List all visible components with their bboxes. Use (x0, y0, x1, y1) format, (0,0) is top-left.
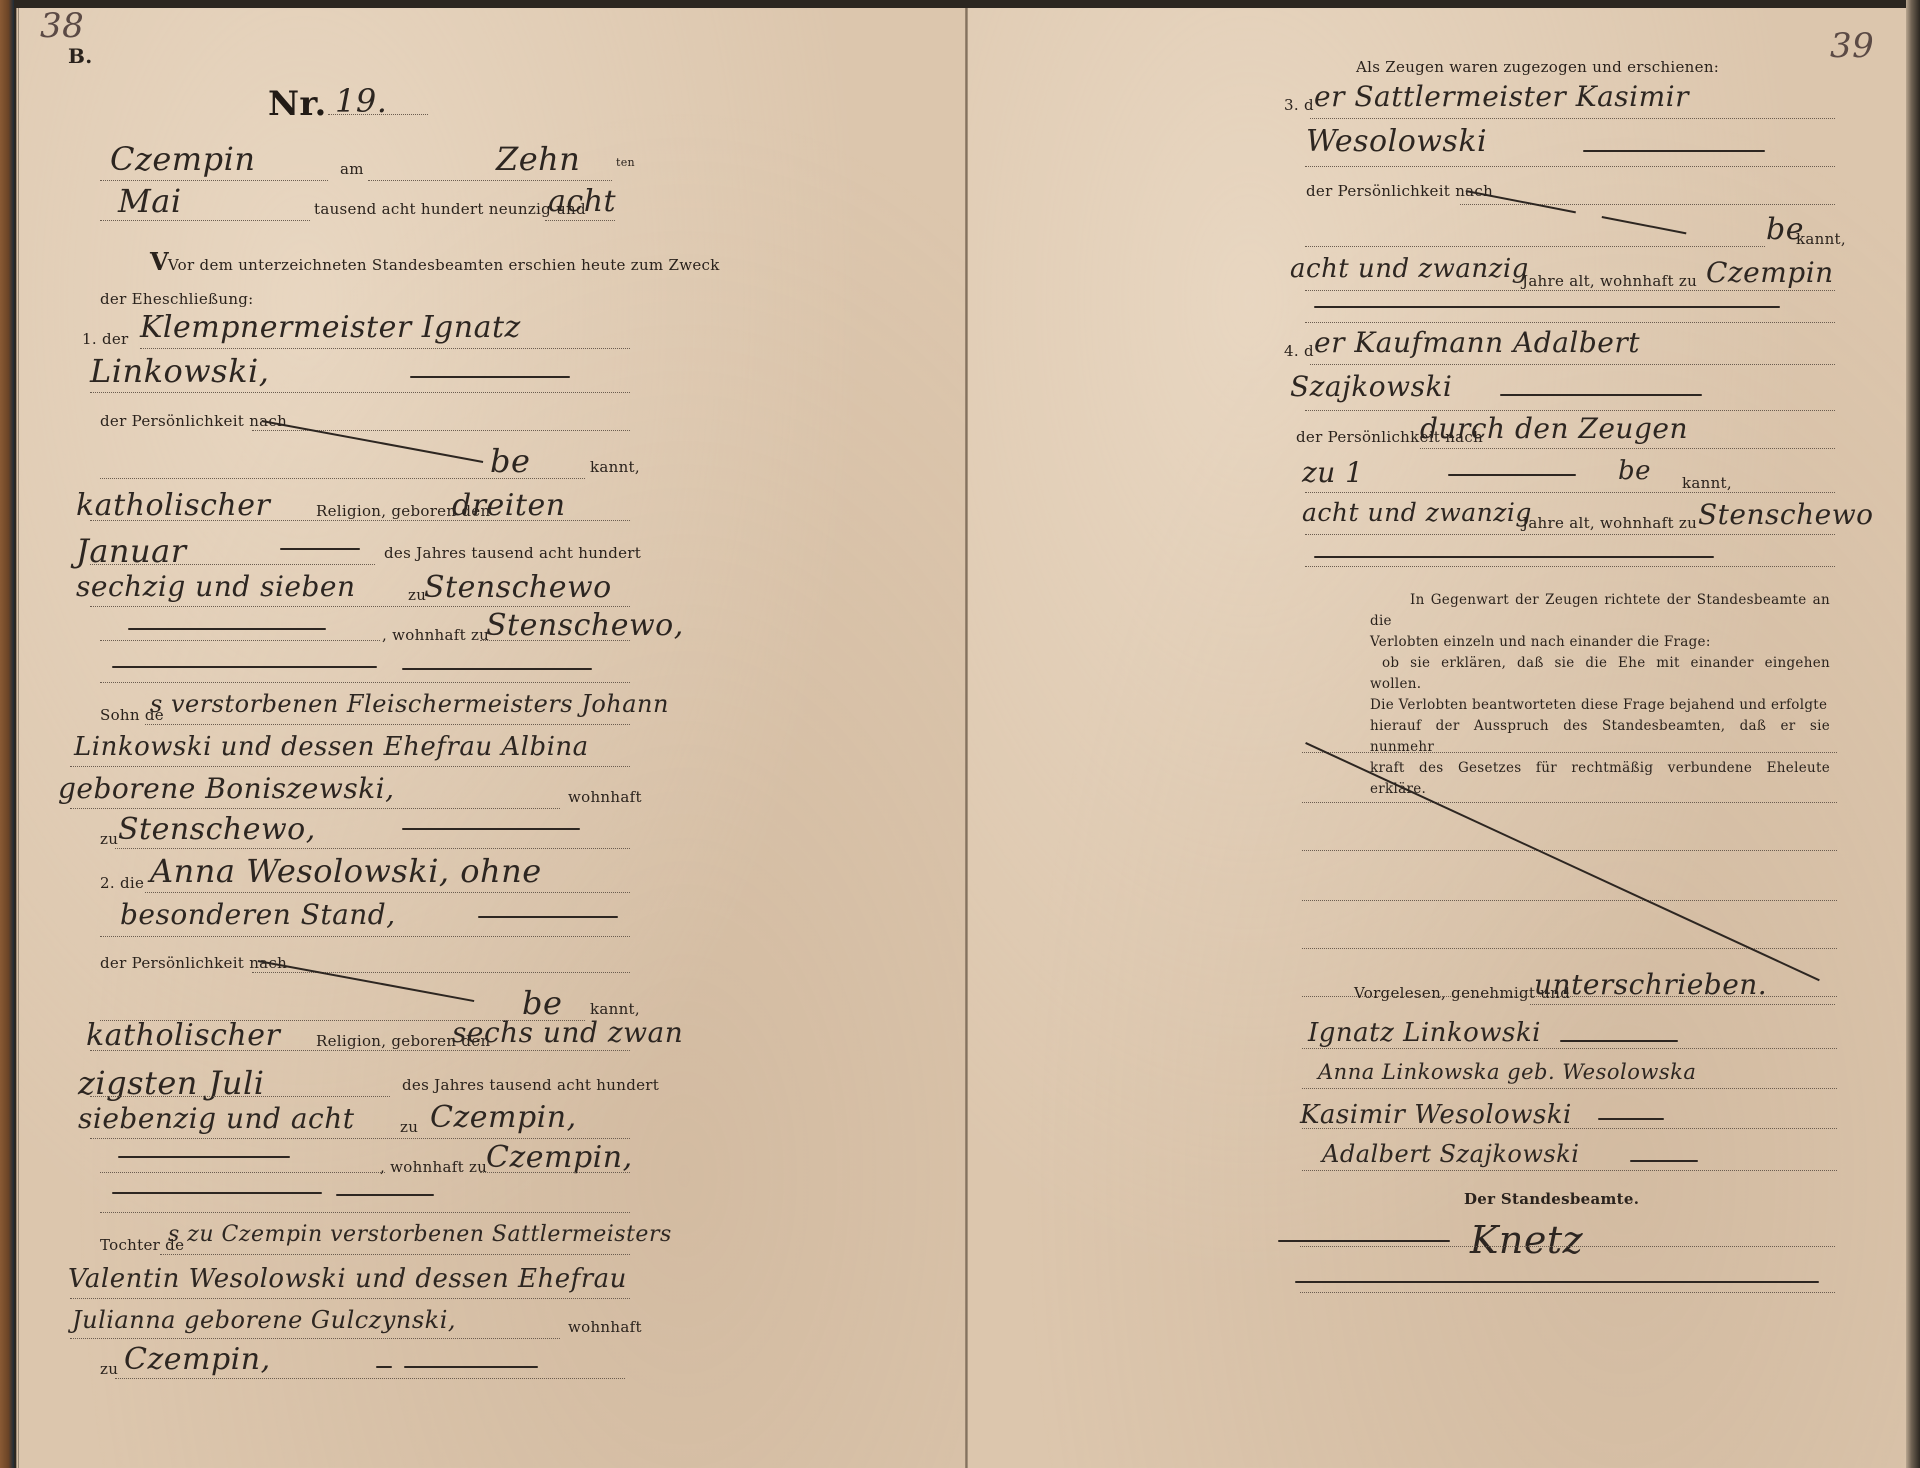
groom-religion: katholischer (76, 488, 270, 523)
filler-dash (1583, 150, 1765, 152)
groom-residence: Stenschewo, (486, 608, 684, 643)
groom-parents-line2: Linkowski und dessen Ehefrau Albina (74, 732, 589, 762)
declaration-paragraph: In Gegenwart der Zeugen richtete der Sta… (1370, 590, 1830, 800)
dotted-line (100, 640, 380, 641)
dotted-line (1420, 448, 1835, 449)
intro-text: VVor dem unterzeichneten Standesbeamten … (150, 247, 720, 276)
filler-dash (478, 916, 618, 918)
witness4-occupation-name: er Kaufmann Adalbert (1314, 326, 1640, 359)
groom-birth-year: sechzig und sieben (76, 570, 356, 603)
groom-num-label: 1. der (82, 330, 129, 348)
bride-parents-line2: Valentin Wesolowski und dessen Ehefrau (68, 1264, 627, 1294)
dotted-line (1305, 566, 1835, 567)
dotted-line (70, 1338, 560, 1339)
bride-religion: katholischer (86, 1018, 280, 1053)
dotted-line (1305, 322, 1835, 323)
groom-des-jahres: des Jahres tausend acht hundert (384, 544, 641, 562)
bride-birth-place: Czempin, (430, 1100, 577, 1135)
dotted-line (1305, 166, 1835, 167)
filler-dash (280, 548, 360, 550)
dotted-line (1302, 1048, 1837, 1049)
filler-dash (118, 1156, 290, 1158)
groom-parents-line3: geborene Boniszewski, (58, 772, 395, 805)
filler-dash (1314, 556, 1714, 558)
dotted-line (1305, 534, 1835, 535)
dotted-line (90, 1050, 630, 1051)
bride-parents-line3: Julianna geborene Gulczynski, (72, 1306, 456, 1334)
bride-birth-year: siebenzig und acht (78, 1102, 355, 1135)
dotted-line (115, 848, 630, 849)
filler-dash (336, 1194, 434, 1196)
declaration-line: Die Verlobten beantworteten diese Frage … (1370, 695, 1830, 716)
book-binding-left (0, 0, 14, 1468)
filler-dash (128, 628, 326, 630)
bride-residence: Czempin, (486, 1140, 633, 1175)
witness4-residence: Stenschewo (1698, 498, 1874, 531)
dotted-line (1300, 1292, 1835, 1293)
filler-dash (1630, 1160, 1698, 1162)
groom-zu-label-2: zu (100, 830, 118, 848)
filler-dash (410, 376, 570, 378)
bride-zu-label: zu (400, 1118, 418, 1136)
section-letter: B. (68, 44, 92, 68)
dotted-line (1302, 1128, 1837, 1129)
page-number-left: 38 (40, 6, 84, 46)
witness-heading: Als Zeugen waren zugezogen und erschiene… (1356, 58, 1719, 76)
groom-occupation-name: Klempnermeister Ignatz (140, 310, 521, 345)
dotted-line (90, 520, 630, 521)
registrar-label: Der Standesbeamte. (1464, 1190, 1639, 1208)
day-field: Zehn (496, 140, 580, 178)
dotted-line (115, 1378, 625, 1379)
groom-wohnhaft-label: , wohnhaft zu (382, 626, 489, 644)
witness4-age: acht und zwanzig (1302, 498, 1532, 527)
drop-cap: V (150, 247, 169, 276)
witness4-age-label: Jahre alt, wohnhaft zu (1522, 514, 1697, 532)
bride-parents-line1: s zu Czempin verstorbenen Sattlermeister… (168, 1222, 672, 1247)
dotted-line (100, 220, 310, 221)
declaration-line: kraft des Gesetzes für rechtmäßig verbun… (1370, 758, 1830, 800)
witness4-identified-by-line1: durch den Zeugen (1420, 412, 1688, 445)
dotted-line (90, 564, 375, 565)
bride-status: besonderen Stand, (120, 898, 396, 931)
groom-persoenlichkeit-label: der Persönlichkeit nach (100, 412, 287, 430)
signature-witness3: Kasimir Wesolowski (1300, 1100, 1572, 1130)
filler-dash (404, 1366, 538, 1368)
register-book: 38 B. Nr. 19. Czempin am Zehn ten Mai ta… (0, 0, 1920, 1468)
signature-bride: Anna Linkowska geb. Wesolowska (1318, 1060, 1696, 1084)
groom-wohnhaft-label-2: wohnhaft (568, 788, 642, 806)
bride-wohnhaft-label-2: wohnhaft (568, 1318, 642, 1336)
book-edge-right (1906, 0, 1920, 1468)
dotted-line (545, 220, 615, 221)
filler-dash (112, 666, 377, 668)
dotted-line (1305, 290, 1835, 291)
filler-dash (1598, 1118, 1664, 1120)
dotted-line (90, 1096, 390, 1097)
groom-parents-line1: s verstorbenen Fleischermeisters Johann (150, 690, 669, 718)
filler-dash (112, 1192, 322, 1194)
bride-wohnhaft-label: , wohnhaft zu (380, 1158, 487, 1176)
filler-dash (1500, 394, 1702, 396)
record-label: Nr. (268, 84, 327, 124)
witness4-identified-by-line2: zu 1 (1302, 456, 1364, 489)
dotted-line (1302, 752, 1837, 753)
dotted-line (90, 606, 630, 607)
dotted-line (100, 180, 328, 181)
dotted-line (70, 1298, 630, 1299)
year-printed: tausend acht hundert neunzig und (314, 200, 586, 218)
dotted-line (1305, 410, 1835, 411)
witness3-occupation-name: er Sattlermeister Kasimir (1314, 80, 1689, 113)
witness3-age: acht und zwanzig (1290, 254, 1529, 284)
groom-parents-residence: Stenschewo, (118, 812, 316, 847)
filler-dash (1278, 1240, 1450, 1242)
groom-birth-place: Stenschewo (424, 570, 612, 605)
witness3-surname: Wesolowski (1306, 124, 1487, 159)
year-hand: acht (548, 184, 616, 219)
bride-num-label: 2. die (100, 874, 144, 892)
dotted-line (1310, 118, 1835, 119)
witness3-residence: Czempin (1706, 256, 1834, 289)
month-field: Mai (118, 182, 182, 220)
dotted-line (1300, 1246, 1835, 1247)
groom-bekannt-print: kannt, (590, 458, 640, 476)
dotted-line (368, 180, 612, 181)
filler-dash (1295, 1281, 1819, 1283)
dotted-line (90, 392, 630, 393)
dotted-line (100, 1212, 630, 1213)
bride-birth-day-line1: sechs und zwan (452, 1016, 683, 1049)
dotted-line (1460, 204, 1835, 205)
witness4-surname: Szajkowski (1290, 370, 1452, 403)
dotted-line (480, 1172, 630, 1173)
dotted-line (1305, 492, 1835, 493)
bride-name: Anna Wesolowski, ohne (150, 852, 542, 890)
groom-bekannt-hand: be (490, 442, 530, 480)
registrar-signature: Knetz (1470, 1218, 1583, 1262)
bride-des-jahres: des Jahres tausend acht hundert (402, 1076, 659, 1094)
witness3-num-label: 3. d (1284, 96, 1314, 114)
dotted-line (90, 1138, 630, 1139)
page-number-right: 39 (1830, 26, 1874, 66)
filler-dash (1560, 1040, 1678, 1042)
dotted-line (145, 724, 630, 725)
dotted-line (480, 640, 630, 641)
declaration-line: In Gegenwart der Zeugen richtete der Sta… (1370, 590, 1830, 632)
dotted-line (252, 972, 630, 973)
declaration-line: ob sie erklären, daß sie die Ehe mit ein… (1370, 653, 1830, 695)
witness4-bekannt-hand: be (1618, 456, 1651, 486)
dotted-line (1305, 246, 1765, 247)
bride-persoenlichkeit-label: der Persönlichkeit nach (100, 954, 287, 972)
am-label: am (340, 160, 364, 178)
signature-groom: Ignatz Linkowski (1308, 1018, 1541, 1048)
dotted-line (100, 1172, 385, 1173)
dotted-line (1302, 1170, 1837, 1171)
place-field: Czempin (110, 140, 255, 178)
groom-surname: Linkowski, (90, 352, 269, 390)
dotted-line (328, 114, 428, 115)
bride-parents-residence: Czempin, (124, 1342, 271, 1377)
dotted-line (100, 682, 630, 683)
dotted-line (1302, 802, 1837, 803)
dotted-line (1302, 948, 1837, 949)
witness3-bekannt-print: kannt, (1796, 230, 1846, 248)
filler-dash (402, 828, 580, 830)
filler-dash (376, 1366, 392, 1368)
dotted-line (1302, 900, 1837, 901)
intro-line-2: der Eheschließung: (100, 290, 254, 308)
intro-line-1: Vor dem unterzeichneten Standesbeamten e… (168, 256, 720, 274)
bride-zu-label-2: zu (100, 1360, 118, 1378)
dotted-line (70, 808, 560, 809)
dotted-line (145, 892, 630, 893)
witness4-num-label: 4. d (1284, 342, 1314, 360)
dotted-line (1302, 1088, 1837, 1089)
dotted-line (1302, 850, 1837, 851)
unterschrieben-hand: unterschrieben. (1534, 968, 1767, 1001)
dotted-line (70, 766, 630, 767)
filler-dash (1314, 306, 1780, 308)
dotted-line (160, 1254, 630, 1255)
dotted-line (1530, 1004, 1835, 1005)
day-suffix: ten (616, 156, 635, 169)
declaration-line: Verlobten einzeln und nach einander die … (1370, 632, 1830, 653)
signature-witness4: Adalbert Szajkowski (1322, 1140, 1579, 1168)
witness4-bekannt-print: kannt, (1682, 474, 1732, 492)
dotted-line (100, 936, 630, 937)
filler-dash (402, 668, 592, 670)
dotted-line (1310, 364, 1835, 365)
witness3-age-label: Jahre alt, wohnhaft zu (1522, 272, 1697, 290)
filler-dash (1448, 474, 1576, 476)
dotted-line (140, 348, 630, 349)
groom-birth-day: dreiten (452, 488, 566, 523)
